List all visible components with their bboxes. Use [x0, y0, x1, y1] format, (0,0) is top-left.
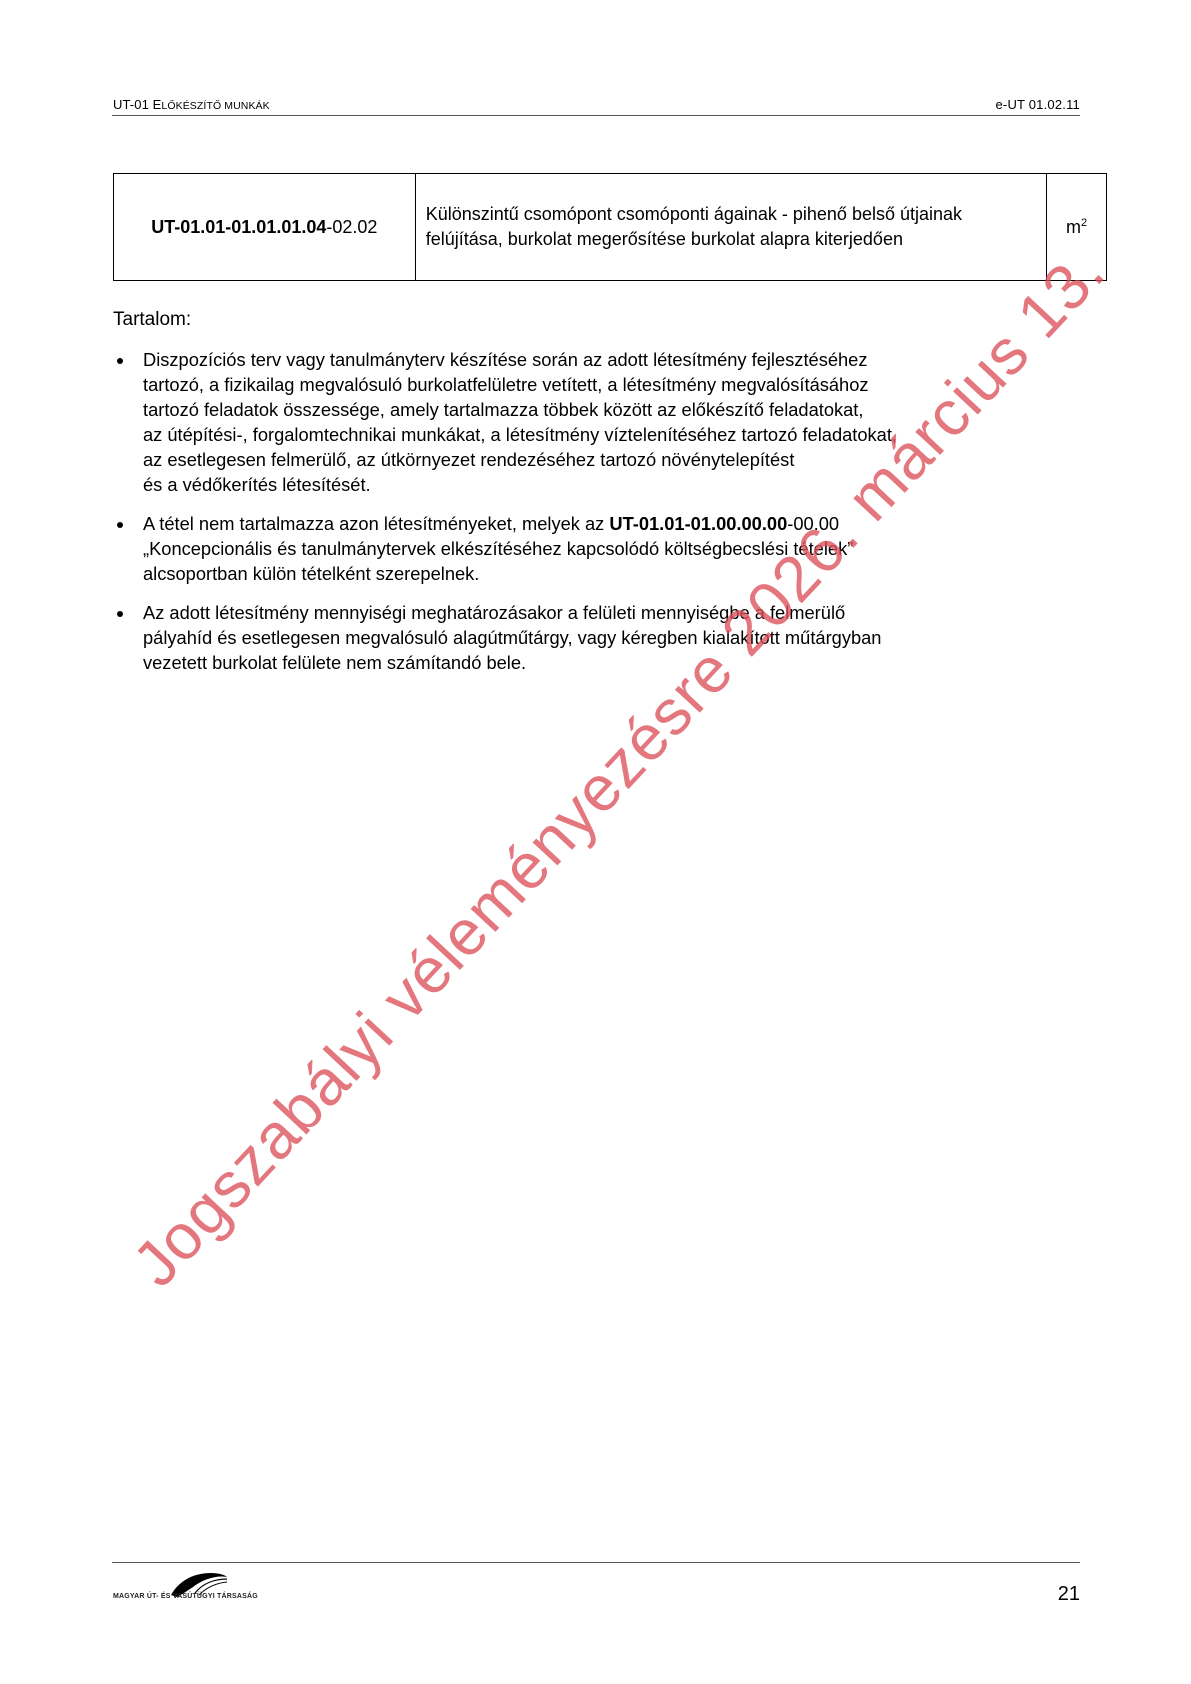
unit-base: m [1066, 217, 1081, 237]
bullet-line: pályahíd és esetlegesen megvalósuló alag… [143, 625, 1103, 650]
header-chapter-prefix: UT-01 E [113, 97, 161, 112]
bullet-line: „Koncepcionális és tanulmánytervek elkés… [143, 536, 1103, 561]
bullet-icon [117, 611, 123, 617]
bullet-line: tartozó feladatok összessége, amely tart… [143, 397, 1103, 422]
referenced-item-code: UT-01.01-01.00.00.00 [609, 513, 787, 534]
bullet-line: tartozó, a fizikailag megvalósuló burkol… [143, 372, 1103, 397]
bullet-line: az esetlegesen felmerülő, az útkörnyezet… [143, 447, 1103, 472]
bullet-item-scope: Diszpozíciós terv vagy tanulmányterv kés… [113, 347, 1103, 497]
bullet-text: A tétel nem tartalmazza azon létesítmény… [143, 513, 609, 534]
page-footer: MAGYAR ÚT- ÉS VASÚTÜGYI TÁRSASÁG 21 [112, 1562, 1080, 1623]
running-header: UT-01 ELŐKÉSZÍTŐ MUNKÁK e-UT 01.02.11 [112, 95, 1080, 116]
bullet-icon [117, 522, 123, 528]
bullet-line: Az adott létesítmény mennyiségi meghatár… [143, 600, 1103, 625]
item-row: UT-01.01-01.01.01.04-02.02 Különszintű c… [114, 174, 1107, 281]
bullet-item-exclusions: A tétel nem tartalmazza azon létesítmény… [113, 511, 1103, 586]
item-table: UT-01.01-01.01.01.04-02.02 Különszintű c… [113, 173, 1107, 281]
content-bullet-list: Diszpozíciós terv vagy tanulmányterv kés… [113, 347, 1103, 689]
page-number: 21 [1058, 1583, 1080, 1606]
unit-exponent: 2 [1081, 217, 1087, 229]
content-label: Tartalom: [113, 309, 191, 331]
item-unit: m2 [1047, 174, 1107, 281]
bullet-item-quantity-rule: Az adott létesítmény mennyiségi meghatár… [113, 600, 1103, 675]
referenced-item-code-suffix: -00.00 [787, 513, 839, 534]
header-chapter-smallcaps: LŐKÉSZÍTŐ MUNKÁK [161, 100, 269, 112]
bullet-icon [117, 358, 123, 364]
bullet-line: és a védőkerítés létesítését. [143, 472, 1103, 497]
bullet-line: az útépítési-, forgalomtechnikai munkáka… [143, 422, 1103, 447]
header-document-id: e-UT 01.02.11 [995, 97, 1080, 112]
bullet-line: alcsoportban külön tételként szerepelnek… [143, 561, 1103, 586]
bullet-line: A tétel nem tartalmazza azon létesítmény… [143, 511, 1103, 536]
organization-logo: MAGYAR ÚT- ÉS VASÚTÜGYI TÁRSASÁG [113, 1571, 273, 1611]
header-chapter-title: UT-01 ELŐKÉSZÍTŐ MUNKÁK [113, 97, 270, 112]
item-code-suffix: -02.02 [326, 217, 377, 237]
organization-name: MAGYAR ÚT- ÉS VASÚTÜGYI TÁRSASÁG [113, 1593, 258, 1600]
item-code-bold: UT-01.01-01.01.01.04 [151, 217, 326, 237]
bullet-line: vezetett burkolat felülete nem számítand… [143, 650, 1103, 675]
item-description: Különszintű csomópont csomóponti ágainak… [415, 174, 1046, 281]
item-code-cell: UT-01.01-01.01.01.04-02.02 [114, 174, 416, 281]
bullet-line: Diszpozíciós terv vagy tanulmányterv kés… [143, 347, 1103, 372]
